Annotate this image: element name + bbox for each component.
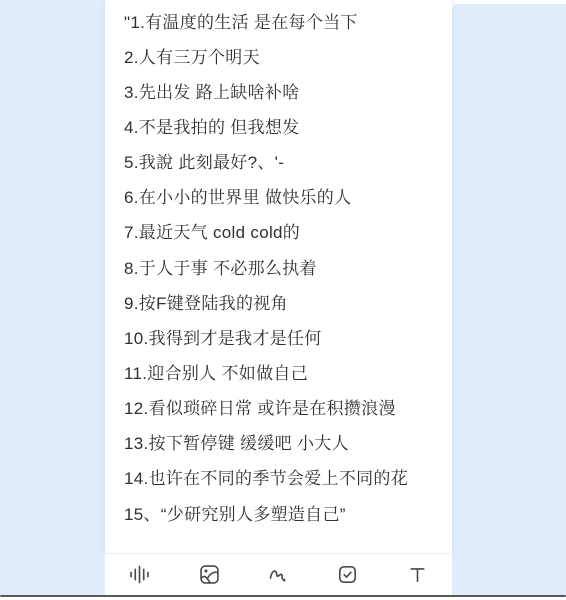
screen-bottom-border [0, 595, 566, 597]
note-line: 10.我得到才是我才是任何 [124, 319, 442, 354]
checklist-icon [336, 563, 359, 586]
note-line: 15、“少研究别人多塑造自己” [124, 494, 442, 529]
voice-waveform-icon [128, 563, 151, 586]
note-line: 12.看似琐碎日常 或许是在积攒浪漫 [124, 389, 442, 424]
note-line: 6.在小小的世界里 做快乐的人 [124, 178, 442, 213]
background-left-margin [0, 0, 105, 595]
insert-image-button[interactable] [189, 557, 229, 593]
note-line: 11.迎合别人 不如做自己 [124, 354, 442, 389]
note-line: 4.不是我拍的 但我想发 [124, 108, 442, 143]
text-format-button[interactable] [397, 557, 437, 593]
note-line: 9.按F键登陆我的视角 [124, 284, 442, 319]
voice-note-button[interactable] [120, 557, 160, 593]
editor-toolbar [105, 553, 452, 595]
note-editor[interactable]: "1.有温度的生活 是在每个当下 2.人有三万个明天 3.先出发 路上缺啥补啥 … [105, 0, 452, 553]
checklist-button[interactable] [328, 557, 368, 593]
notes-app-screen: "1.有温度的生活 是在每个当下 2.人有三万个明天 3.先出发 路上缺啥补啥 … [0, 0, 566, 600]
background-right-margin [452, 4, 566, 595]
note-line: 8.于人于事 不必那么执着 [124, 248, 442, 283]
note-line: 13.按下暂停键 缓缓吧 小大人 [124, 424, 442, 459]
note-line: 7.最近天气 cold cold的 [124, 213, 442, 248]
note-line: 3.先出发 路上缺啥补啥 [124, 73, 442, 108]
note-line: 14.也许在不同的季节会爱上不同的花 [124, 459, 442, 494]
note-line: "1.有温度的生活 是在每个当下 [124, 3, 442, 38]
doodle-icon [267, 563, 290, 586]
note-line: 5.我說 此刻最好?、'- [124, 143, 442, 178]
doodle-button[interactable] [258, 557, 298, 593]
note-line: 2.人有三万个明天 [124, 38, 442, 73]
image-icon [198, 563, 221, 586]
text-format-icon [406, 563, 429, 586]
